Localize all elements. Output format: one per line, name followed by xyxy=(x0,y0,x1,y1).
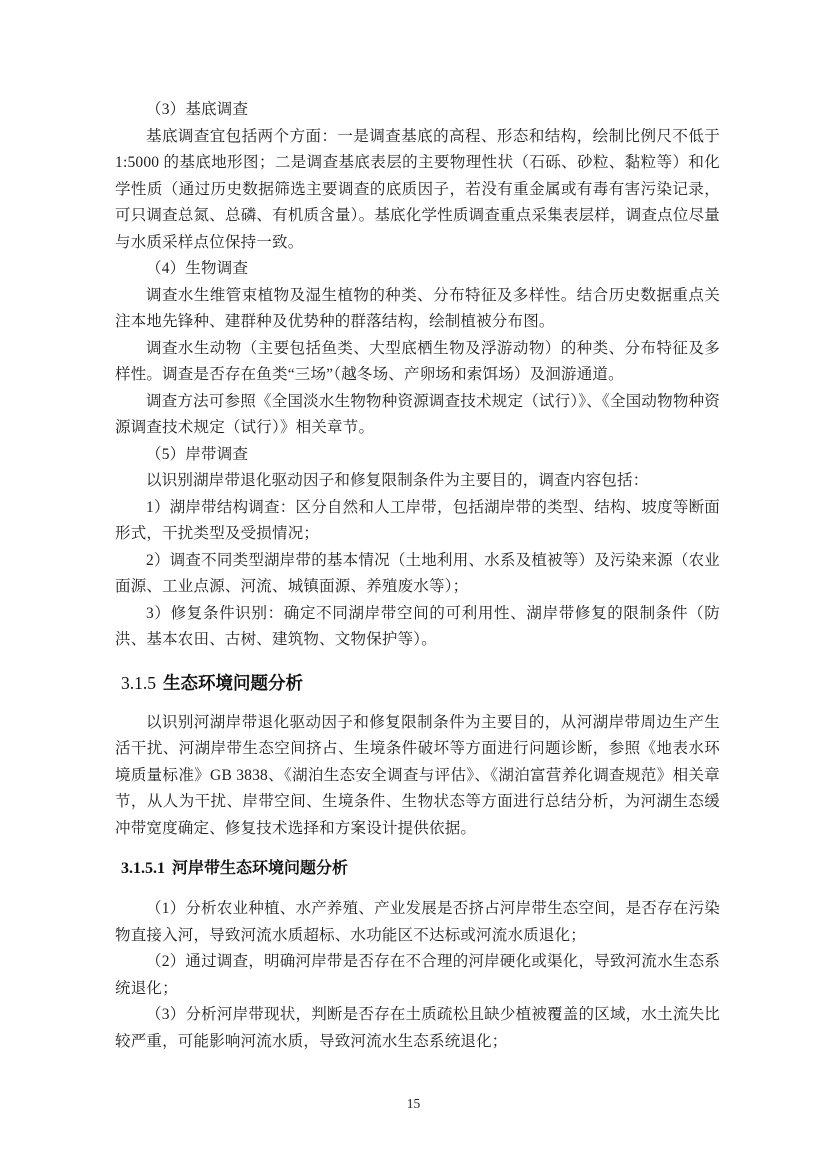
paragraph-analysis-1-encroachment: （1）分析农业种植、水产养殖、产业发展是否挤占河岸带生态空间，是否存在污染物直接… xyxy=(115,896,720,949)
paragraph-analysis-2-channelization: （2）通过调查，明确河岸带是否存在不合理的河岸硬化或渠化，导致河流水生态系统退化… xyxy=(115,949,720,1002)
paragraph-item-5-shore-zone-survey-title: （5）岸带调查 xyxy=(115,442,720,469)
paragraph-substrate-survey-body: 基底调查宜包括两个方面：一是调查基底的高程、形态和结构，绘制比例尺不低于 1:5… xyxy=(115,124,720,257)
page-number: 15 xyxy=(0,1096,827,1112)
paragraph-list-1-shore-structure: 1）湖岸带结构调查：区分自然和人工岸带，包括湖岸带的类型、结构、坡度等断面形式，… xyxy=(115,495,720,548)
paragraph-list-3-restoration-conditions: 3）修复条件识别：确定不同湖岸带空间的可利用性、湖岸带修复的限制条件（防洪、基本… xyxy=(115,601,720,654)
paragraph-aquatic-animals: 调查水生动物（主要包括鱼类、大型底栖生物及浮游动物）的种类、分布特征及多样性。调… xyxy=(115,336,720,389)
page-content: （3）基底调查 基底调查宜包括两个方面：一是调查基底的高程、形态和结构，绘制比例… xyxy=(115,97,720,1055)
section-heading-number: 3.1.5 xyxy=(121,673,156,693)
subsection-heading-number: 3.1.5.1 xyxy=(121,860,165,877)
section-heading-3-1-5: 3.1.5生态环境问题分析 xyxy=(121,670,720,696)
subsection-heading-title: 河岸带生态环境问题分析 xyxy=(172,860,348,877)
paragraph-analysis-3-soil-erosion: （3）分析河岸带现状，判断是否存在土质疏松且缺少植被覆盖的区域，水土流失比较严重… xyxy=(115,1002,720,1055)
paragraph-aquatic-plants: 调查水生维管束植物及湿生植物的种类、分布特征及多样性。结合历史数据重点关注本地先… xyxy=(115,283,720,336)
paragraph-shore-survey-purpose: 以识别湖岸带退化驱动因子和修复限制条件为主要目的，调查内容包括： xyxy=(115,468,720,495)
paragraph-item-3-substrate-survey-title: （3）基底调查 xyxy=(115,97,720,124)
section-heading-title: 生态环境问题分析 xyxy=(163,673,303,693)
subsection-heading-3-1-5-1: 3.1.5.1河岸带生态环境问题分析 xyxy=(121,856,720,882)
paragraph-survey-method-reference: 调查方法可参照《全国淡水生物物种资源调查技术规定（试行）》、《全国动物物种资源调… xyxy=(115,389,720,442)
paragraph-item-4-biological-survey-title: （4）生物调查 xyxy=(115,256,720,283)
document-page: （3）基底调查 基底调查宜包括两个方面：一是调查基底的高程、形态和结构，绘制比例… xyxy=(0,0,827,1169)
paragraph-list-2-shore-condition: 2）调查不同类型湖岸带的基本情况（土地利用、水系及植被等）及污染来源（农业面源、… xyxy=(115,548,720,601)
paragraph-problem-diagnosis: 以识别河湖岸带退化驱动因子和修复限制条件为主要目的，从河湖岸带周边生产生活干扰、… xyxy=(115,710,720,843)
